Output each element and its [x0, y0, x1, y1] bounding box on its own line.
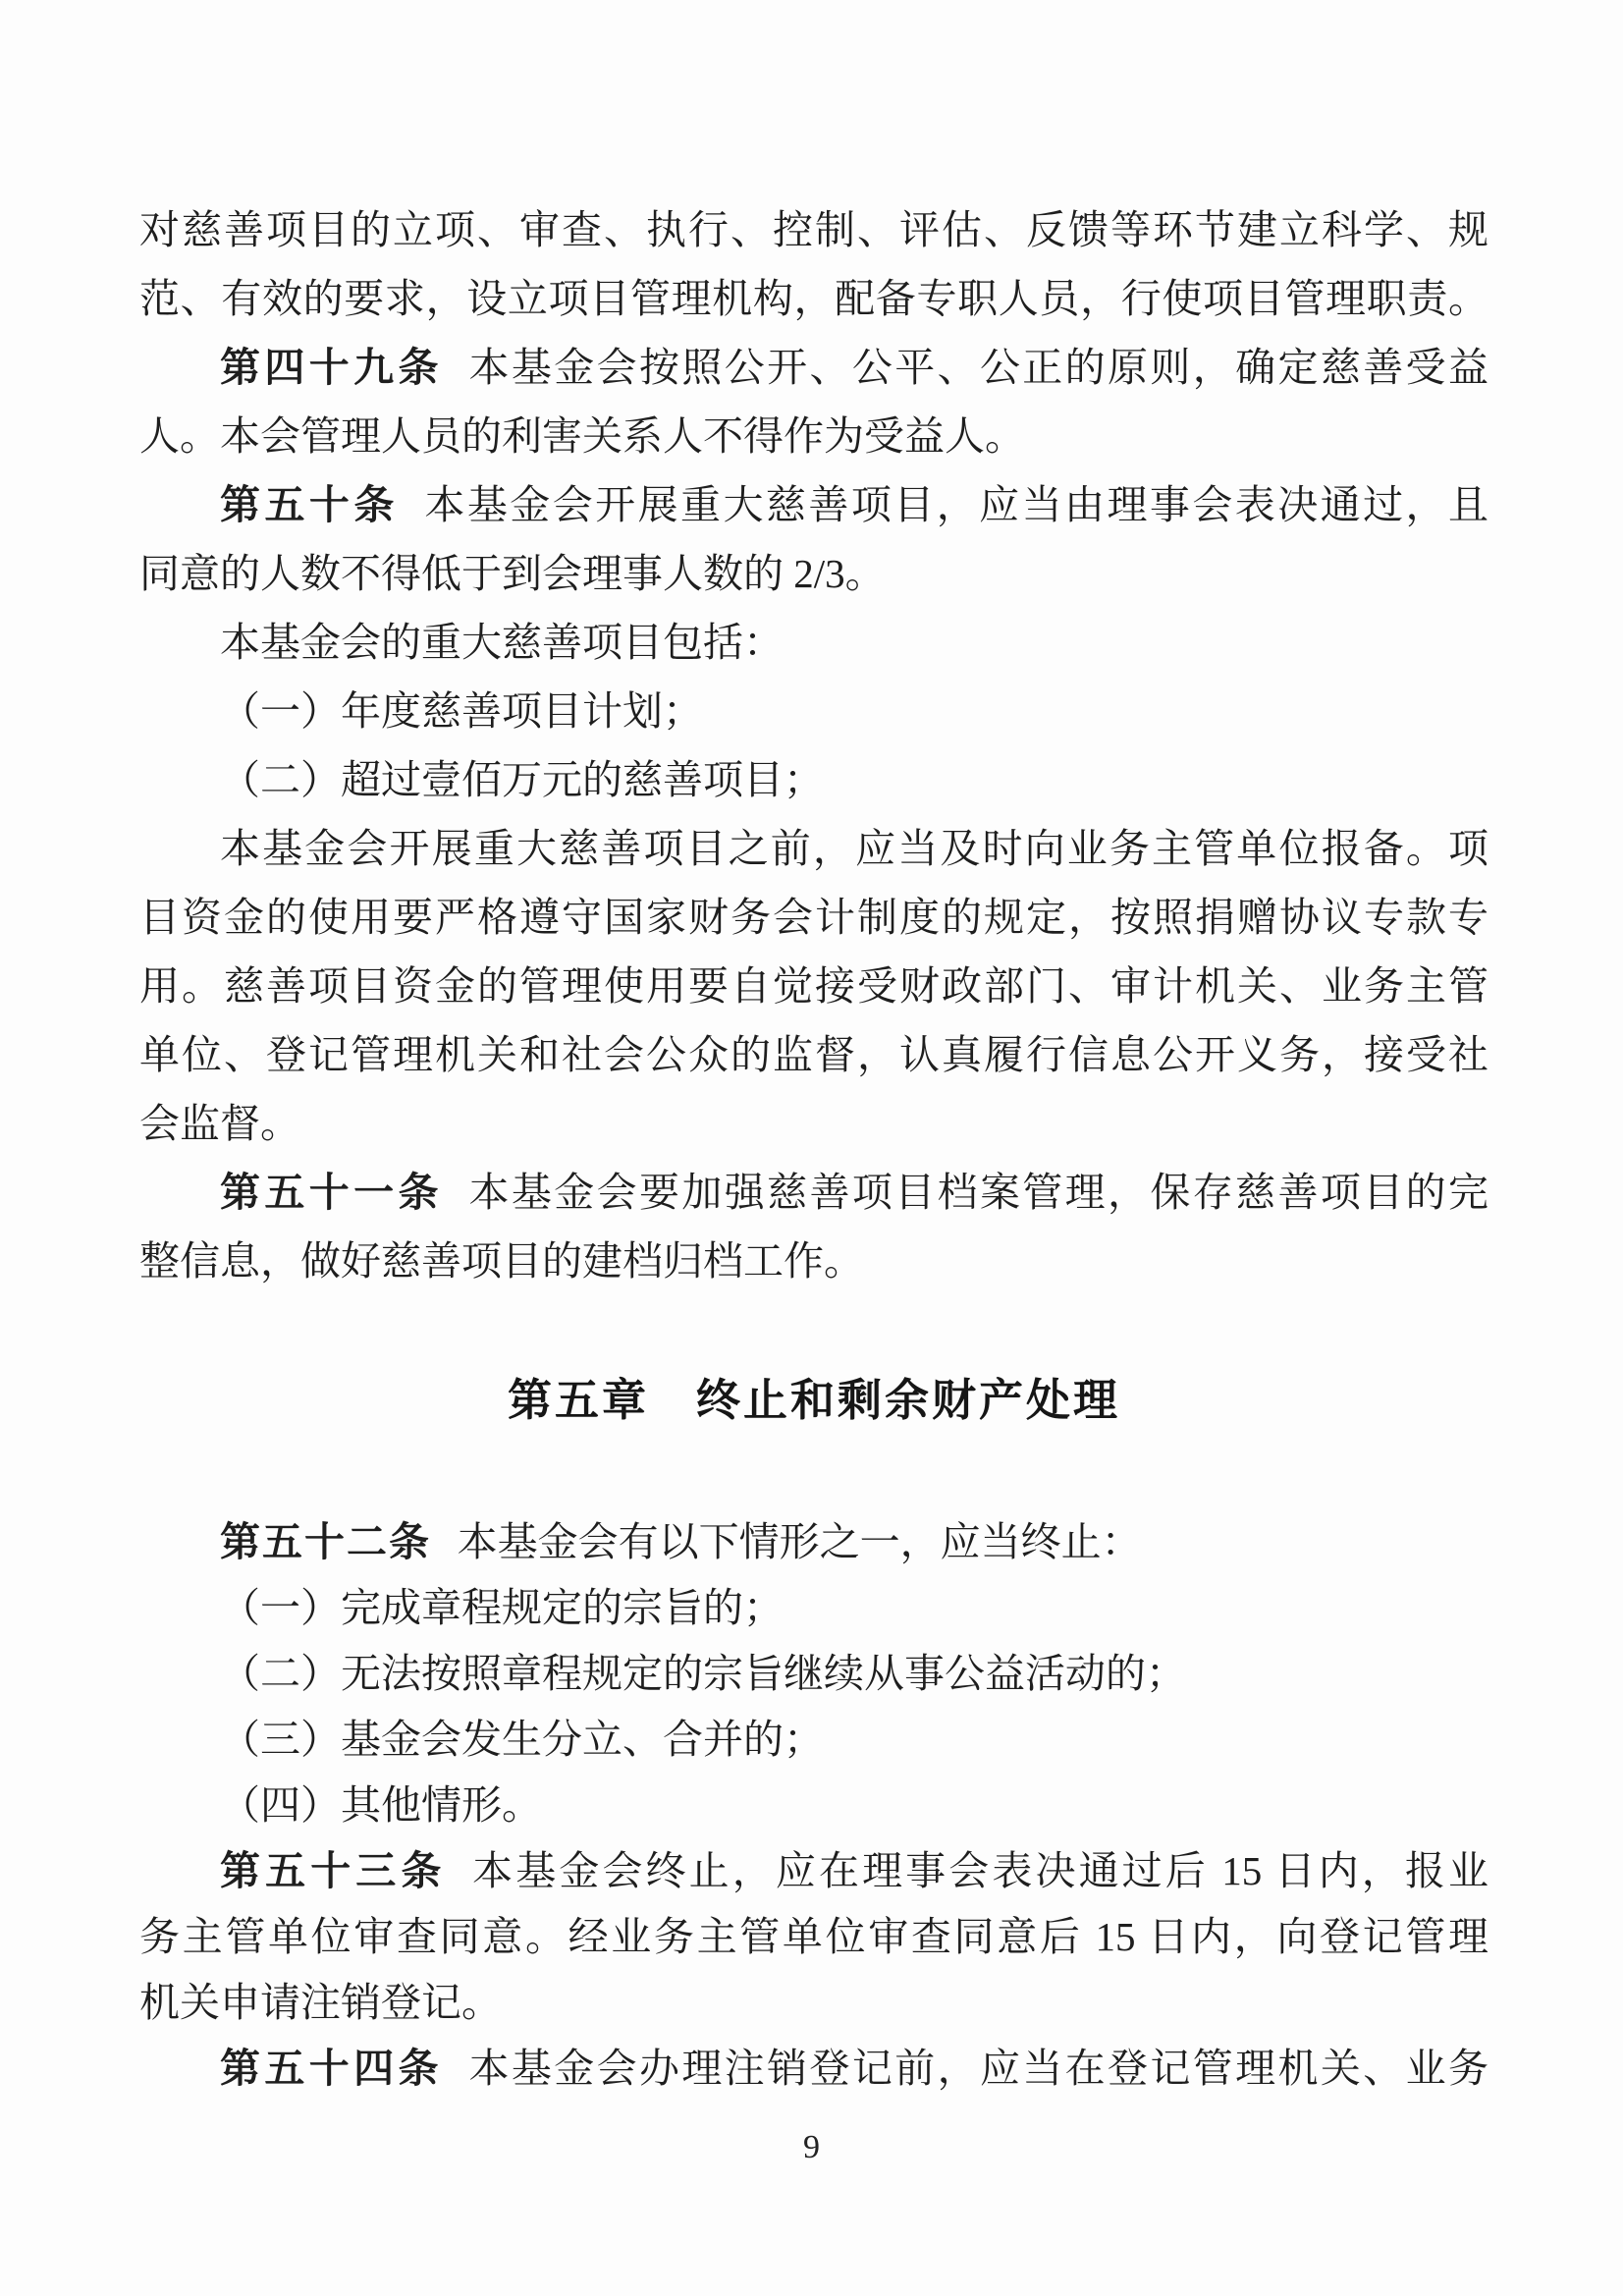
article-number: 第五十二条 [220, 1519, 431, 1564]
document-line: 第四十九条本基金会按照公开、公平、公正的原则，确定慈善受益 [139, 333, 1488, 402]
line-text: （一）年度慈善项目计划； [220, 688, 703, 734]
document-line: 第五十条本基金会开展重大慈善项目，应当由理事会表决通过，且 [139, 470, 1488, 539]
line-text: （三）基金会发生分立、合并的； [220, 1717, 824, 1762]
line-text: 用。慈善项目资金的管理使用要自觉接受财政部门、审计机关、业务主管 [139, 963, 1488, 1009]
line-text: （一）完成章程规定的宗旨的； [220, 1585, 784, 1630]
document-line: 人。本会管理人员的利害关系人不得作为受益人。 [139, 402, 1488, 470]
line-text: 整信息，做好慈善项目的建档归档工作。 [139, 1238, 864, 1284]
line-text: 范、有效的要求，设立项目管理机构，配备专职人员，行使项目管理职责。 [139, 276, 1488, 321]
section-termination: 第五十二条本基金会有以下情形之一，应当终止： （一）完成章程规定的宗旨的； （二… [139, 1509, 1488, 2102]
line-text: 本基金会开展重大慈善项目，应当由理事会表决通过，且 [424, 482, 1488, 527]
line-text: 同意的人数不得低于到会理事人数的 2/3。 [139, 551, 886, 596]
document-line: （二）无法按照章程规定的宗旨继续从事公益活动的； [139, 1641, 1488, 1707]
document-line: 目资金的使用要严格遵守国家财务会计制度的规定，按照捐赠协议专款专 [139, 883, 1488, 952]
page-number: 9 [0, 2131, 1623, 2164]
document-line: （三）基金会发生分立、合并的； [139, 1707, 1488, 1773]
line-text: （二）无法按照章程规定的宗旨继续从事公益活动的； [220, 1651, 1186, 1696]
document-line: 用。慈善项目资金的管理使用要自觉接受财政部门、审计机关、业务主管 [139, 952, 1488, 1020]
line-text: 本基金会按照公开、公平、公正的原则，确定慈善受益 [469, 345, 1489, 390]
document-page: 对慈善项目的立项、审查、执行、控制、评估、反馈等环节建立科学、规 范、有效的要求… [0, 0, 1623, 2296]
document-line: 同意的人数不得低于到会理事人数的 2/3。 [139, 539, 1488, 608]
document-line: （一）完成章程规定的宗旨的； [139, 1575, 1488, 1641]
line-text: 本基金会的重大慈善项目包括： [220, 620, 784, 665]
section-charity-projects: 对慈善项目的立项、审查、执行、控制、评估、反馈等环节建立科学、规 范、有效的要求… [139, 195, 1488, 1295]
document-line: 第五十二条本基金会有以下情形之一，应当终止： [139, 1509, 1488, 1575]
line-text: 本基金会办理注销登记前，应当在登记管理机关、业务 [469, 2046, 1489, 2091]
line-text: 目资金的使用要严格遵守国家财务会计制度的规定，按照捐赠协议专款专 [139, 895, 1488, 940]
line-text: 本基金会开展重大慈善项目之前，应当及时向业务主管单位报备。项 [220, 826, 1488, 871]
line-text: 本基金会终止，应在理事会表决通过后 15 日内，报业 [472, 1848, 1488, 1893]
line-text: 会监督。 [139, 1101, 300, 1146]
document-line: 对慈善项目的立项、审查、执行、控制、评估、反馈等环节建立科学、规 [139, 195, 1488, 264]
line-text: （二）超过壹佰万元的慈善项目； [220, 757, 824, 802]
document-line: 范、有效的要求，设立项目管理机构，配备专职人员，行使项目管理职责。 [139, 264, 1488, 333]
chapter-heading: 第五章 终止和剩余财产处理 [139, 1366, 1488, 1435]
line-text: 务主管单位审查同意。经业务主管单位审查同意后 15 日内，向登记管理 [139, 1914, 1488, 1959]
document-line: 务主管单位审查同意。经业务主管单位审查同意后 15 日内，向登记管理 [139, 1904, 1488, 1970]
document-line: 本基金会的重大慈善项目包括： [139, 608, 1488, 677]
line-text: 本基金会有以下情形之一，应当终止： [458, 1519, 1142, 1564]
article-number: 第五十四条 [220, 2046, 443, 2091]
line-text: （四）其他情形。 [220, 1782, 542, 1828]
document-line: 第五十四条本基金会办理注销登记前，应当在登记管理机关、业务 [139, 2036, 1488, 2102]
document-line: 会监督。 [139, 1089, 1488, 1158]
line-text: 人。本会管理人员的利害关系人不得作为受益人。 [139, 413, 1025, 459]
article-number: 第四十九条 [220, 345, 443, 390]
line-text: 对慈善项目的立项、审查、执行、控制、评估、反馈等环节建立科学、规 [139, 207, 1488, 252]
article-number: 第五十一条 [220, 1170, 443, 1215]
line-text: 本基金会要加强慈善项目档案管理，保存慈善项目的完 [469, 1170, 1489, 1215]
document-line: 单位、登记管理机关和社会公众的监督，认真履行信息公开义务，接受社 [139, 1020, 1488, 1089]
line-text: 机关申请注销登记。 [139, 1980, 502, 2025]
document-line: 机关申请注销登记。 [139, 1970, 1488, 2036]
line-text: 单位、登记管理机关和社会公众的监督，认真履行信息公开义务，接受社 [139, 1032, 1488, 1077]
document-line: （一）年度慈善项目计划； [139, 677, 1488, 745]
document-line: 整信息，做好慈善项目的建档归档工作。 [139, 1227, 1488, 1295]
document-line: （二）超过壹佰万元的慈善项目； [139, 745, 1488, 814]
document-line: 第五十三条本基金会终止，应在理事会表决通过后 15 日内，报业 [139, 1838, 1488, 1904]
article-number: 第五十三条 [220, 1848, 447, 1893]
document-line: 本基金会开展重大慈善项目之前，应当及时向业务主管单位报备。项 [139, 814, 1488, 883]
document-line: 第五十一条本基金会要加强慈善项目档案管理，保存慈善项目的完 [139, 1158, 1488, 1227]
article-number: 第五十条 [220, 482, 399, 527]
document-line: （四）其他情形。 [139, 1773, 1488, 1838]
body-text: 对慈善项目的立项、审查、执行、控制、评估、反馈等环节建立科学、规 范、有效的要求… [139, 195, 1488, 2102]
